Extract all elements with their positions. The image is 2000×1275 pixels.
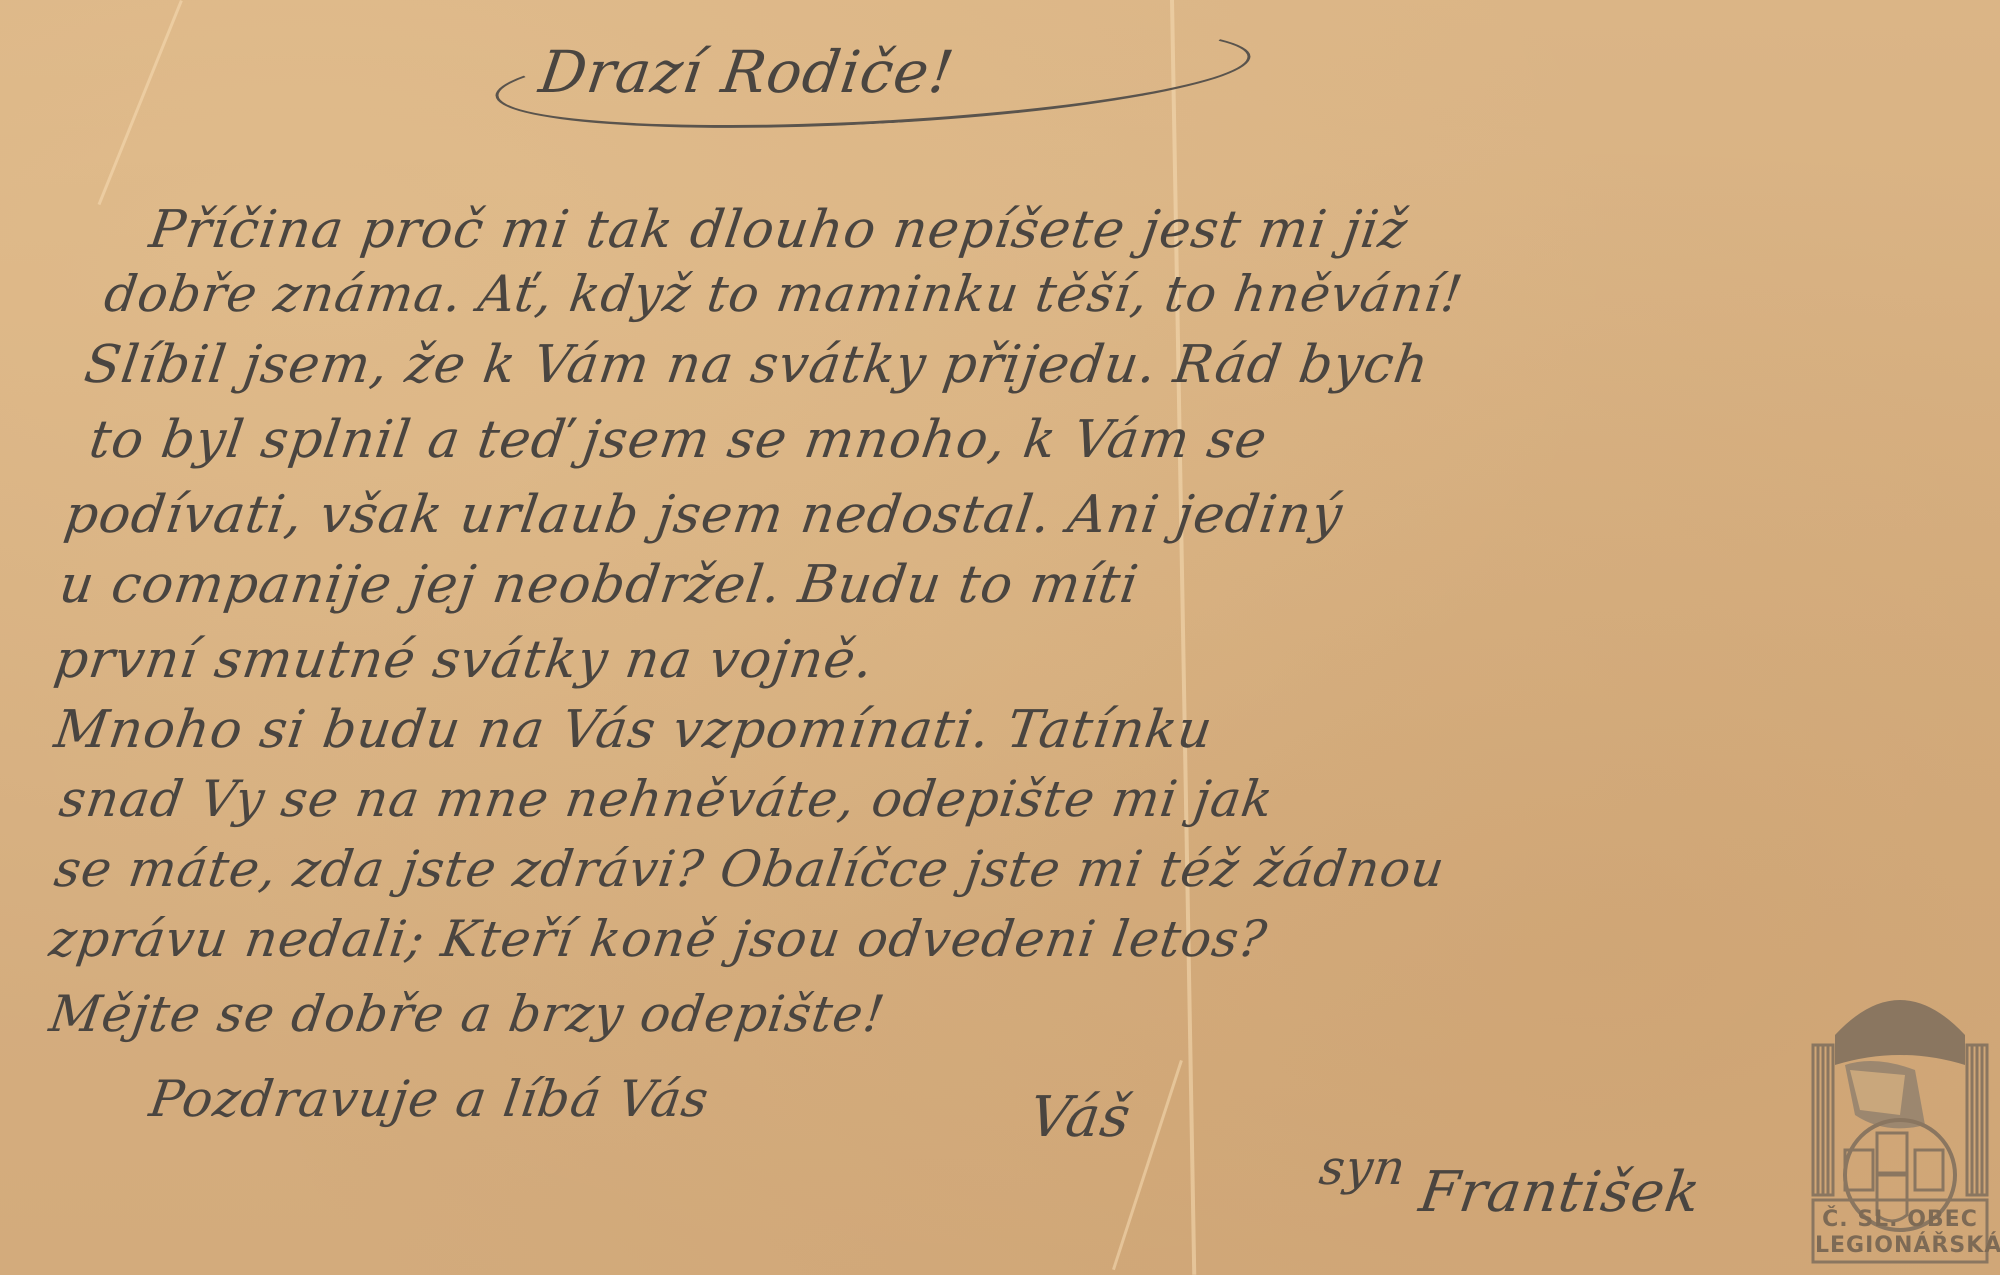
- greeting: Drazí Rodiče!: [535, 38, 958, 106]
- letter-line: Mějte se dobře a brzy odepište!: [46, 985, 889, 1043]
- logo-line-1: Č. SL. OBEC: [1815, 1207, 1985, 1232]
- letter-line: první smutné svátky na vojně.: [51, 630, 878, 690]
- letter-line: Slíbil jsem, že k Vám na svátky přijedu.…: [81, 335, 1433, 395]
- signature: František: [1415, 1160, 1704, 1225]
- signature-prefix: syn: [1316, 1140, 1410, 1196]
- letter-line: dobře známa. Ať, když to maminku těší, t…: [101, 265, 1467, 323]
- letter-line: snad Vy se na mne nehněváte, odepište mi…: [56, 770, 1277, 828]
- letter-line: Příčina proč mi tak dlouho nepíšete jest…: [146, 200, 1412, 260]
- letter-line: se máte, zda jste zdrávi? Obalíčce jste …: [51, 840, 1449, 898]
- letter-line: u companije jej neobdržel. Budu to míti: [56, 555, 1143, 615]
- letter-line: to byl splnil a teď jsem se mnoho, k Vám…: [86, 410, 1271, 470]
- closing-vas: Váš: [1025, 1085, 1135, 1150]
- letter-line: zprávu nedali; Kteří koně jsou odvedeni …: [46, 910, 1271, 968]
- legion-logo: Č. SL. OBEC LEGIONÁŘSKÁ: [1805, 975, 1995, 1265]
- letter-line: Mnoho si budu na Vás vzpomínati. Tatínku: [51, 700, 1217, 760]
- logo-line-2: LEGIONÁŘSKÁ: [1815, 1233, 1985, 1258]
- closing-text: Pozdravuje a líbá Vás: [146, 1070, 713, 1128]
- letter-line: podívati, však urlaub jsem nedostal. Ani…: [61, 485, 1347, 545]
